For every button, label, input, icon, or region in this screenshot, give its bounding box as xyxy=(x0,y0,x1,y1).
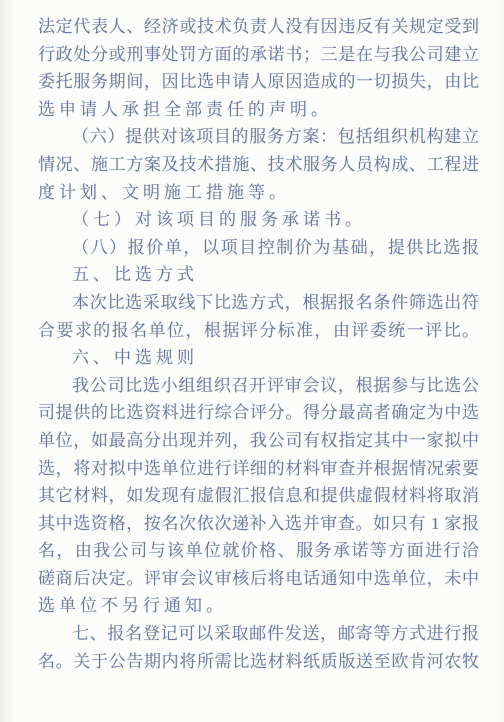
text-line: 名，由我公司与该单位就价格、服务承诺等方面进行洽谈、 xyxy=(38,537,479,565)
text-line: 六、中选规则 xyxy=(38,344,479,372)
text-line: 选申请人承担全部责任的声明。 xyxy=(38,96,479,124)
text-line: 法定代表人、经济或技术负责人没有因违反有关规定受到 xyxy=(38,13,479,41)
text-line: 单位，如最高分出现并列，我公司有权指定其中一家拟中 xyxy=(38,427,479,455)
text-line: 行政处分或刑事处罚方面的承诺书；三是在与我公司建立 xyxy=(38,41,479,69)
text-line: 合要求的报名单位，根据评分标准，由评委统一评比。 xyxy=(38,317,479,345)
text-line: 司提供的比选资料进行综合评分。得分最高者确定为中选 xyxy=(38,399,479,427)
text-line: （六）提供对该项目的服务方案：包括组织机构建立 xyxy=(38,123,479,151)
text-line: 磋商后决定。评审会议审核后将电话通知中选单位，未中 xyxy=(38,565,479,593)
text-line: 其中选资格，按名次依次递补入选并审查。如只有 1 家报 xyxy=(38,510,479,538)
text-line: 名。关于公告期内将所需比选材料纸质版送至欧肯河农牧 xyxy=(38,648,479,676)
text-line: 五、比选方式 xyxy=(38,261,479,289)
text-line: 情况、施工方案及技术措施、技术服务人员构成、工程进 xyxy=(38,151,479,179)
text-line: 委托服务期间，因比选申请人原因造成的一切损失，由比 xyxy=(38,68,479,96)
text-line: （七）对该项目的服务承诺书。 xyxy=(38,206,479,234)
text-line: 我公司比选小组组织召开评审会议，根据参与比选公 xyxy=(38,372,479,400)
text-line: 度计划、文明施工措施等。 xyxy=(38,179,479,207)
text-line: 本次比选采取线下比选方式，根据报名条件筛选出符 xyxy=(38,289,479,317)
text-line: 其它材料，如发现有虚假汇报信息和提供虚假材料将取消 xyxy=(38,482,479,510)
text-line: （八）报价单，以项目控制价为基础，提供比选报价。 xyxy=(38,234,479,262)
text-line: 选单位不另行通知。 xyxy=(38,592,479,620)
text-line: 选，将对拟中选单位进行详细的材料审查并根据情况索要 xyxy=(38,455,479,483)
document-page: 法定代表人、经济或技术负责人没有因违反有关规定受到行政处分或刑事处罚方面的承诺书… xyxy=(0,0,504,722)
document-text-block: 法定代表人、经济或技术负责人没有因违反有关规定受到行政处分或刑事处罚方面的承诺书… xyxy=(38,13,479,675)
text-line: 七、报名登记可以采取邮件发送，邮寄等方式进行报 xyxy=(38,620,479,648)
